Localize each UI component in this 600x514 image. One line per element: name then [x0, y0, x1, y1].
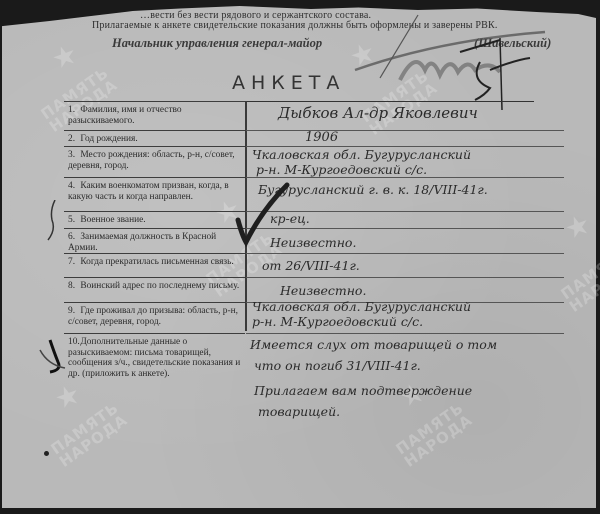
question-row: 8. Воинский адрес по последнему письму.	[64, 277, 245, 302]
paper-damage	[20, 200, 80, 380]
paper-hole	[44, 451, 49, 456]
answer-line	[246, 277, 564, 278]
answer-last-letter: от 26/VIII-41г.	[262, 258, 360, 273]
answer-residence-1: Чкаловская обл. Бугурусланский	[252, 299, 471, 314]
question-row: 7. Когда прекратилась письменная связь.	[64, 253, 245, 277]
question-row: 3. Место рождения: область, р-н, с/совет…	[64, 146, 245, 177]
answer-conscription: Бугурусланский г. в. к. 18/VIII-41г.	[258, 182, 488, 197]
question-row: 10. Дополнительные данные о разыскиваемо…	[64, 333, 245, 383]
question-row: 2. Год рождения.	[64, 130, 245, 146]
answer-additional-1: Имеется слух от товарищей о том	[250, 337, 497, 352]
question-row: 9. Где проживал до призыва: область, р-н…	[64, 302, 245, 333]
answer-line	[246, 177, 564, 178]
answer-birthplace-1: Чкаловская обл. Бугурусланский	[252, 147, 471, 162]
question-row: 6. Занимаемая должность в Красной Армии.	[64, 228, 245, 253]
answer-birthplace-2: р-н. М-Кургоедовский с/с.	[256, 162, 427, 177]
answer-military-address: Неизвестно.	[280, 283, 366, 298]
answer-line	[246, 130, 564, 131]
answer-birth-year: 1906	[305, 130, 338, 145]
answer-full-name: Дыбков Ал-др Яковлевич	[278, 104, 478, 122]
answer-additional-2: что он погиб 31/VIII-41г.	[254, 358, 421, 373]
answer-line	[246, 253, 564, 254]
checkmark-icon	[232, 180, 292, 250]
answer-line	[246, 333, 564, 334]
question-row: 1. Фамилия, имя и отчество разыскиваемог…	[64, 101, 245, 130]
answer-additional-3: Прилагаем вам подтверждение	[254, 383, 472, 398]
answer-residence-2: р-н. М-Кургоедовский с/с.	[252, 314, 423, 329]
answer-additional-4: товарищей.	[258, 404, 340, 419]
answer-line	[246, 228, 564, 229]
question-row: 5. Военное звание.	[64, 211, 245, 228]
question-row: 4. Каким военкоматом призван, когда, в к…	[64, 177, 245, 211]
page-title: АНКЕТА	[232, 72, 345, 94]
chief-label: Начальник управления генерал-майор	[112, 36, 322, 51]
signature-icon	[340, 10, 590, 115]
